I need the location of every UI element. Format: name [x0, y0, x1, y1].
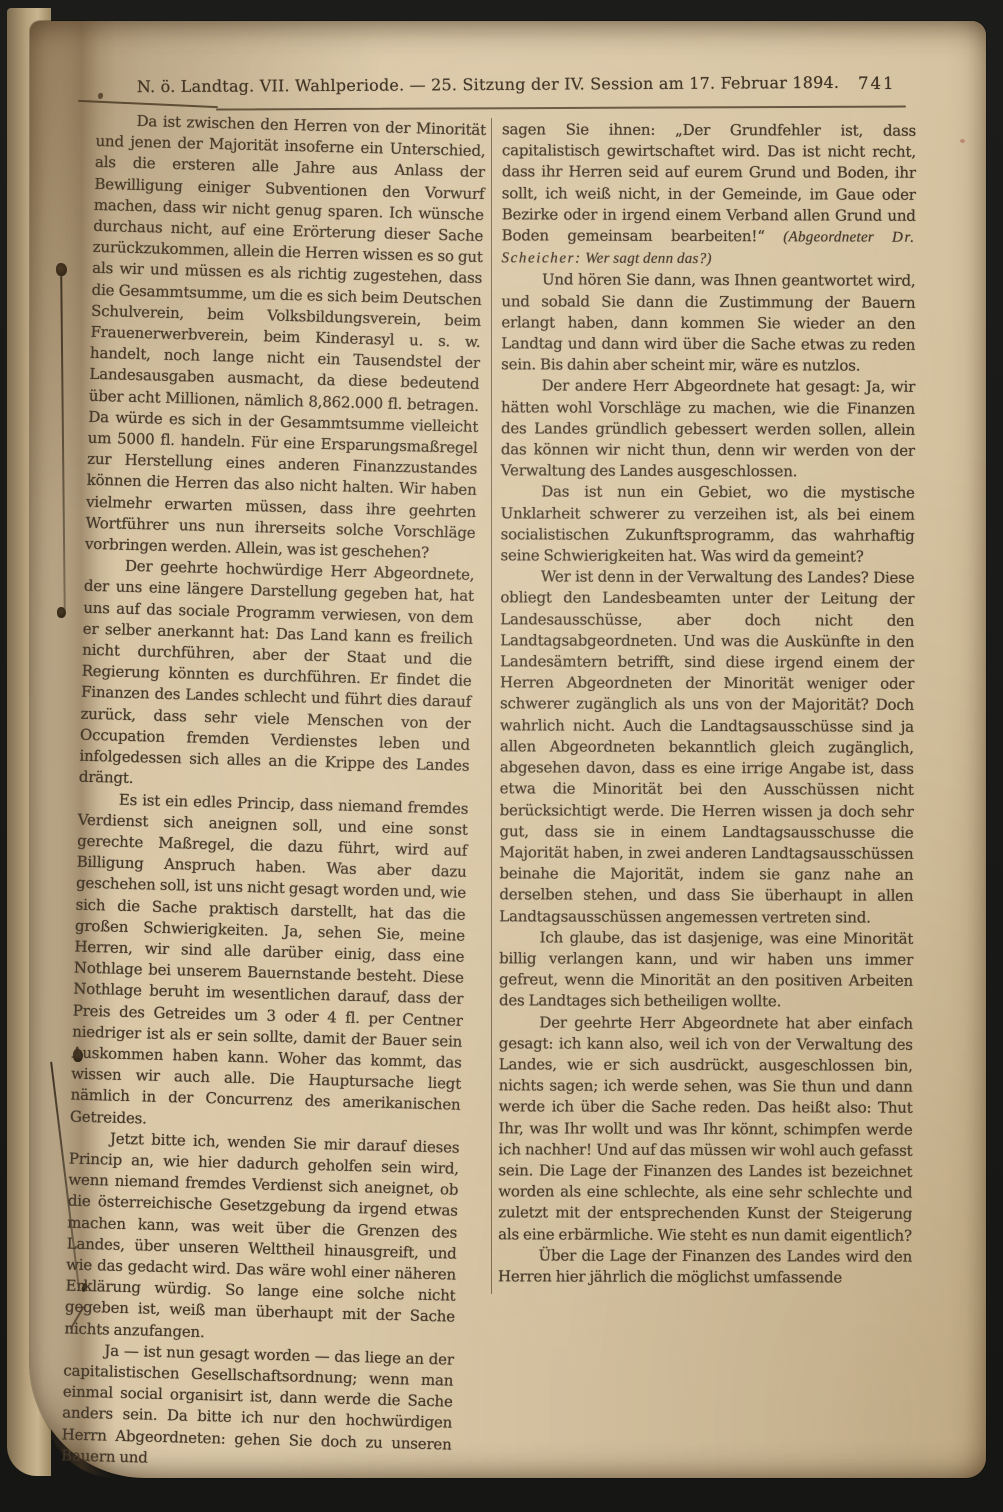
header-rule-left-segment [78, 100, 218, 108]
paragraph: Ich glaube, das ist dasjenige, was eine … [499, 927, 913, 1013]
header-rule [216, 105, 906, 110]
paragraph: Das ist nun ein Gebiet, wo die mystische… [500, 482, 914, 568]
left-column: Da ist zwischen den Herren von der Minor… [61, 110, 486, 1477]
column-divider [491, 118, 492, 1294]
header-title: N. ö. Landtag. VII. Wahlperiode. — 25. S… [137, 73, 839, 96]
binding-stitch-knot [56, 263, 67, 276]
page-number: 741 [858, 74, 896, 93]
paragraph: Der geehrte hochwürdige Herr Abgeordnete… [79, 555, 475, 798]
binding-stitch-knot [57, 607, 66, 618]
paragraph: Und hören Sie dann, was Ihnen geantworte… [501, 270, 915, 377]
paragraph: Der andere Herr Abgeordnete hat gesagt: … [501, 376, 915, 483]
paragraph: Da ist zwischen den Herren von der Minor… [85, 110, 487, 565]
speech-text: sagen Sie ihnen: „Der Grundfehler ist, d… [502, 120, 916, 245]
running-header: N. ö. Landtag. VII. Wahlperiode. — 25. S… [70, 72, 906, 96]
paragraph: sagen Sie ihnen: „Der Grundfehler ist, d… [502, 119, 917, 271]
paragraph: Ja — ist nun gesagt worden — das liege a… [61, 1339, 454, 1476]
stage-direction-text: Wer sagt denn das?) [582, 251, 712, 267]
paragraph: Über die Lage der Finanzen des Landes wi… [498, 1245, 912, 1289]
binding-thread [60, 273, 66, 613]
paragraph: Wer ist denn in der Verwaltung des Lande… [499, 567, 914, 929]
book-page: N. ö. Landtag. VII. Wahlperiode. — 25. S… [30, 21, 986, 1478]
stage-direction-text: (Abgeordneter [783, 229, 892, 245]
paragraph: Jetzt bitte ich, wenden Sie mir darauf d… [64, 1127, 459, 1349]
paragraph: Der geehrte Herr Abgeordnete hat aber ei… [498, 1012, 913, 1247]
paragraph: Es ist ein edles Princip, dass niemand f… [70, 788, 469, 1137]
right-column: sagen Sie ihnen: „Der Grundfehler ist, d… [498, 119, 916, 1289]
scanned-book-page-scene: N. ö. Landtag. VII. Wahlperiode. — 25. S… [0, 0, 1003, 1512]
paper-speck [960, 139, 965, 143]
